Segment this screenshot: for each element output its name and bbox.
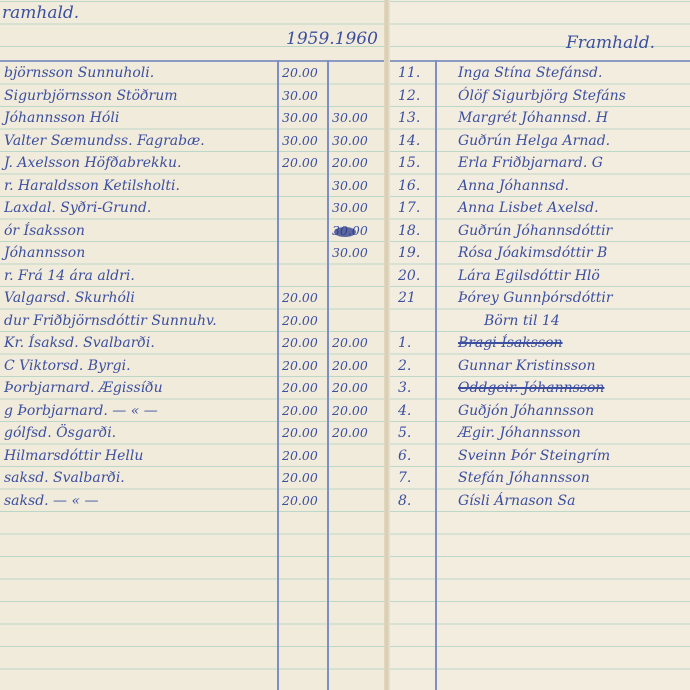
ledger-row-name: Sveinn Þór Steingrím [458,445,610,468]
row-number: 4. [398,400,411,423]
row-number: 20. [398,265,420,288]
left-ledger-page: ramhald. 1959.1960 björnsson Sunnuholi.2… [0,0,386,690]
row-number: 14. [398,130,420,153]
amount-1960: 20.00 [332,422,368,445]
ledger-row-name: Valgarsd. Skurhóli [4,287,135,310]
amount-1959: 20.00 [282,355,318,378]
row-number: 2. [398,355,411,378]
amount-1960: 20.00 [332,355,368,378]
row-number: 16. [398,175,420,198]
amount-1960: 20.00 [332,400,368,423]
ledger-row-name: Þórey Gunnþórsdóttir [458,287,613,310]
ledger-row-name: r. Frá 14 ára aldri. [4,265,135,288]
amount-column-divider-1 [277,60,279,690]
row-number: 21 [398,287,416,310]
ledger-row-name: Anna Jóhannsd. [458,175,569,198]
amount-1959: 20.00 [282,332,318,355]
amount-1959: 20.00 [282,287,318,310]
ledger-row-name: ór Ísaksson [4,220,85,243]
ledger-row-name: saksd. — « — [4,490,99,513]
ledger-row-name: Sigurbjörnsson Stöðrum [4,85,178,108]
amount-1960: 20.00 [332,332,368,355]
row-number: 7. [398,467,411,490]
amount-1959: 30.00 [282,107,318,130]
row-number: 5. [398,422,411,445]
ledger-row-name: Margrét Jóhannsd. H [458,107,608,130]
ledger-row-name: Ægir. Jóhannsson [458,422,581,445]
amount-1960: 20.00 [332,152,368,175]
ledger-row-name: Hilmarsdóttir Hellu [4,445,143,468]
right-page-header: Framhald. [566,32,655,55]
row-number: 15. [398,152,420,175]
ledger-row-name: Jóhannsson Hóli [4,107,119,130]
ledger-row-name: Börn til 14 [484,310,560,333]
amount-1960: 30.00 [332,242,368,265]
amount-1960: 20.00 [332,377,368,400]
year-header: 1959.1960 [286,28,378,51]
row-number: 19. [398,242,420,265]
ledger-row-name: Lára Egilsdóttir Hlö [458,265,600,288]
amount-1959: 20.00 [282,377,318,400]
amount-1959: 20.00 [282,490,318,513]
ledger-row-name: dur Friðbjörnsdóttir Sunnuhv. [4,310,217,333]
right-ledger-page: Framhald. 11.Inga Stína Stefánsd.12.Ólöf… [388,0,690,690]
amount-1959: 30.00 [282,130,318,153]
ledger-row-name: björnsson Sunnuholi. [4,62,154,85]
number-column-divider [435,60,437,690]
amount-1959: 20.00 [282,152,318,175]
ledger-row-name: Guðrún Helga Arnad. [458,130,610,153]
row-number: 17. [398,197,420,220]
ledger-row-name: Laxdal. Syðri-Grund. [4,197,151,220]
ledger-row-name: Anna Lisbet Axelsd. [458,197,599,220]
row-number: 11. [398,62,420,85]
amount-1959: 20.00 [282,400,318,423]
row-number: 8. [398,490,411,513]
amount-1960: 30.00 [332,107,368,130]
ledger-row-name: Jóhannsson [4,242,85,265]
amount-1960: 30.00 [332,197,368,220]
left-page-header: ramhald. [2,2,79,25]
amount-1959: 20.00 [282,310,318,333]
book-spine [384,0,390,690]
row-number: 3. [398,377,411,400]
ledger-row-name: Gísli Árnason Sa [458,490,575,513]
ledger-row-name: Stefán Jóhannsson [458,467,590,490]
ledger-row-name: Valter Sæmundss. Fagrabæ. [4,130,205,153]
row-number: 13. [398,107,420,130]
ledger-row-name: g Þorbjarnard. — « — [4,400,158,423]
amount-1959: 20.00 [282,467,318,490]
ink-smudge [334,227,356,237]
ledger-row-name: Kr. Ísaksd. Svalbarði. [4,332,155,355]
amount-1959: 20.00 [282,422,318,445]
ledger-row-name: J. Axelsson Höfðabrekku. [4,152,181,175]
ledger-row-name: Erla Friðbjarnard. G [458,152,603,175]
struck-row-name: Oddgeir. Jóhannsson [458,377,604,400]
struck-row-name: Bragi Ísaksson [458,332,563,355]
row-number: 1. [398,332,411,355]
amount-1959: 20.00 [282,445,318,468]
ledger-row-name: Rósa Jóakimsdóttir B [458,242,607,265]
ledger-row-name: r. Haraldsson Ketilsholti. [4,175,180,198]
amount-column-divider-2 [327,60,329,690]
row-number: 6. [398,445,411,468]
amount-1960: 30.00 [332,130,368,153]
ledger-row-name: gólfsd. Ösgarði. [4,422,116,445]
ledger-row-name: saksd. Svalbarði. [4,467,125,490]
ledger-row-name: C Viktorsd. Byrgi. [4,355,131,378]
ledger-row-name: Inga Stína Stefánsd. [458,62,602,85]
row-number: 18. [398,220,420,243]
ledger-row-name: Ólöf Sigurbjörg Stefáns [458,85,626,108]
amount-1960: 30.00 [332,175,368,198]
ledger-row-name: Gunnar Kristinsson [458,355,595,378]
ledger-row-name: Guðrún Jóhannsdóttir [458,220,612,243]
amount-1959: 20.00 [282,62,318,85]
amount-1959: 30.00 [282,85,318,108]
ledger-row-name: Guðjón Jóhannsson [458,400,594,423]
ledger-row-name: Þorbjarnard. Ægissíðu [4,377,163,400]
row-number: 12. [398,85,420,108]
